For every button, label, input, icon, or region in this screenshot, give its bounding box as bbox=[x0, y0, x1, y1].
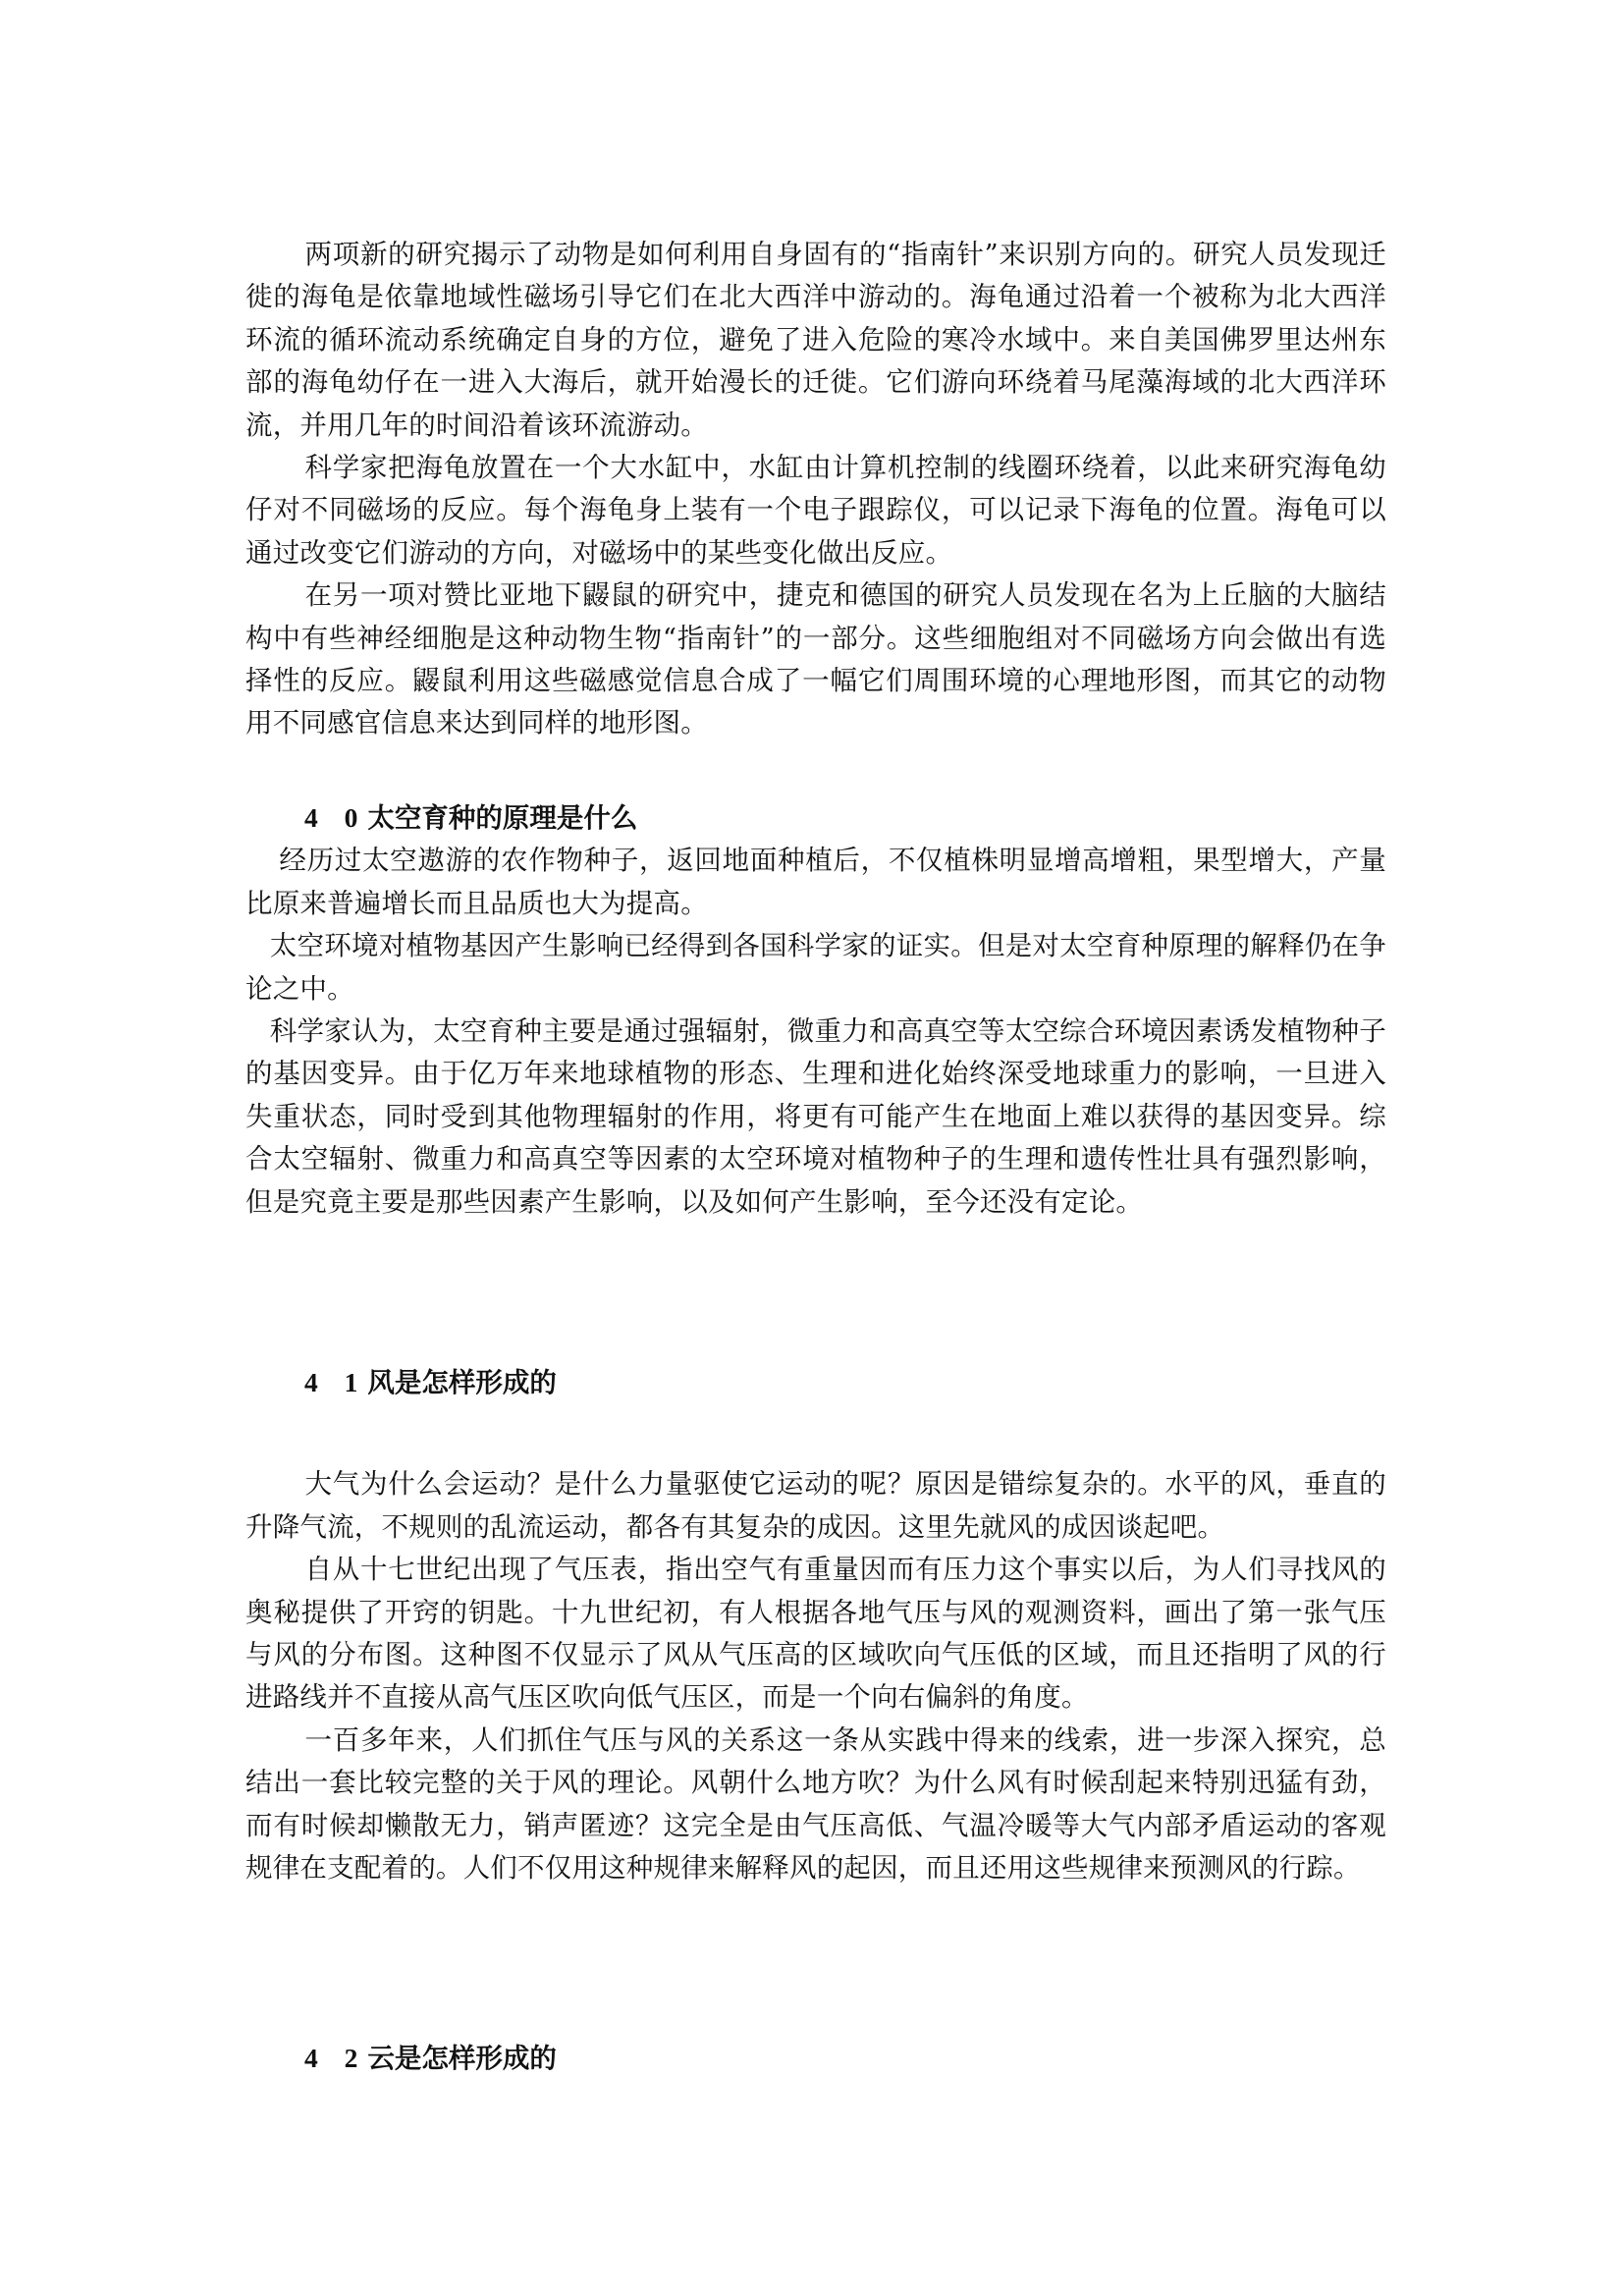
section-number: 4 0 bbox=[304, 802, 367, 833]
section-heading: 4 1风是怎样形成的 bbox=[245, 1361, 1386, 1404]
paragraph: 两项新的研究揭示了动物是如何利用自身固有的“指南针”来识别方向的。研究人员发现迁… bbox=[245, 234, 1386, 447]
paragraph: 一百多年来，人们抓住气压与风的关系这一条从实践中得来的线索，进一步深入探究，总结… bbox=[245, 1720, 1386, 1890]
paragraph: 自从十七世纪出现了气压表，指出空气有重量因而有压力这个事实以后，为人们寻找风的奥… bbox=[245, 1549, 1386, 1720]
document-page: 两项新的研究揭示了动物是如何利用自身固有的“指南针”来识别方向的。研究人员发现迁… bbox=[245, 234, 1386, 2081]
paragraph: 经历过太空遨游的农作物种子，返回地面种植后，不仅植株明显增高增粗，果型增大，产量… bbox=[245, 840, 1386, 925]
section-41: 4 1风是怎样形成的 大气为什么会运动？是什么力量驱使它运动的呢？原因是错综复杂… bbox=[245, 1361, 1386, 1889]
section-heading: 4 0太空育种的原理是什么 bbox=[245, 796, 1386, 840]
section-42: 4 2云是怎样形成的 bbox=[245, 2037, 1386, 2080]
intro-section: 两项新的研究揭示了动物是如何利用自身固有的“指南针”来识别方向的。研究人员发现迁… bbox=[245, 234, 1386, 745]
paragraph: 科学家把海龟放置在一个大水缸中，水缸由计算机控制的线圈环绕着，以此来研究海龟幼仔… bbox=[245, 447, 1386, 574]
paragraph: 太空环境对植物基因产生影响已经得到各国科学家的证实。但是对太空育种原理的解释仍在… bbox=[245, 925, 1386, 1011]
spacer bbox=[245, 1224, 1386, 1361]
spacer bbox=[245, 1404, 1386, 1463]
spacer bbox=[245, 745, 1386, 796]
section-heading: 4 2云是怎样形成的 bbox=[245, 2037, 1386, 2080]
spacer bbox=[245, 1889, 1386, 2037]
paragraph: 科学家认为，太空育种主要是通过强辐射，微重力和高真空等太空综合环境因素诱发植物种… bbox=[245, 1011, 1386, 1224]
section-title: 云是怎样形成的 bbox=[367, 2043, 557, 2074]
paragraph: 在另一项对赞比亚地下鼹鼠的研究中，捷克和德国的研究人员发现在名为上丘脑的大脑结构… bbox=[245, 574, 1386, 745]
section-title: 太空育种的原理是什么 bbox=[367, 802, 637, 834]
section-40: 4 0太空育种的原理是什么 经历过太空遨游的农作物种子，返回地面种植后，不仅植株… bbox=[245, 796, 1386, 1224]
section-number: 4 1 bbox=[304, 1367, 367, 1397]
section-title: 风是怎样形成的 bbox=[367, 1367, 557, 1398]
paragraph: 大气为什么会运动？是什么力量驱使它运动的呢？原因是错综复杂的。水平的风，垂直的升… bbox=[245, 1463, 1386, 1549]
section-number: 4 2 bbox=[304, 2043, 367, 2073]
